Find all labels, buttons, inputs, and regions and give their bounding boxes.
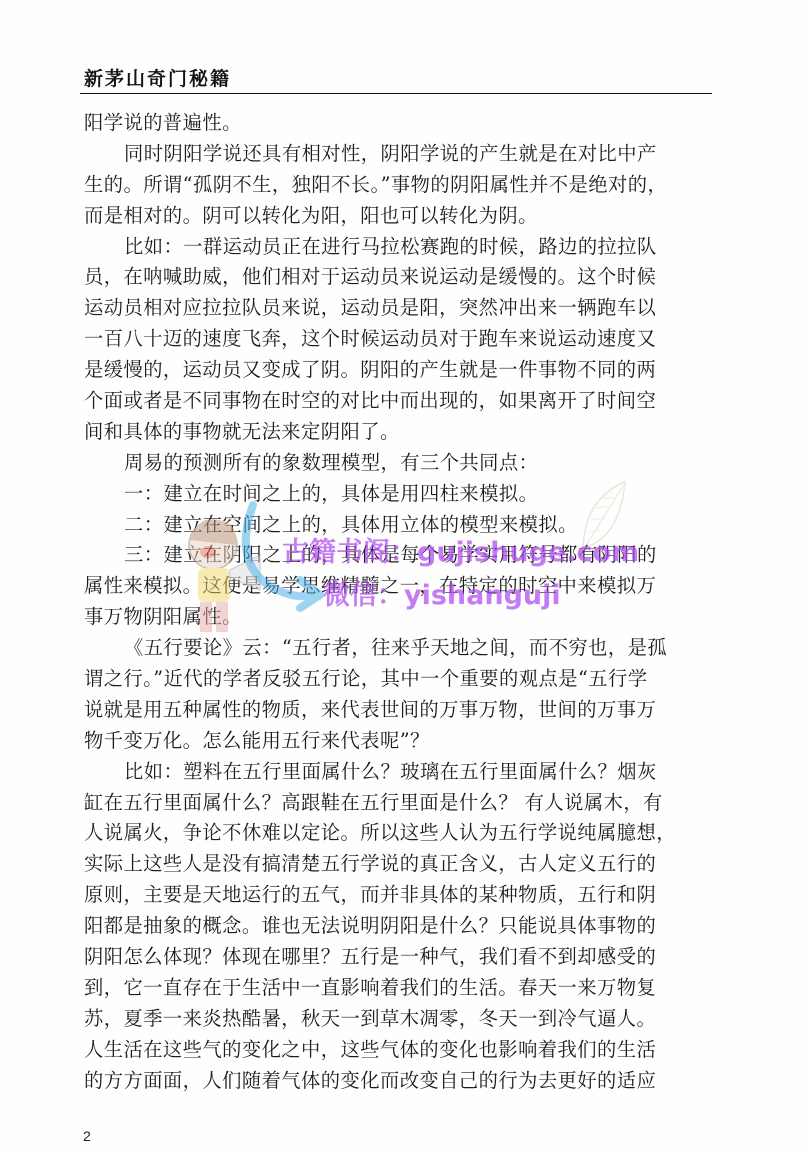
text-line: 的方方面面，人们随着气体的变化而改变自己的行为去更好的适应 bbox=[84, 1066, 716, 1097]
text-line: 《五行要论》云：“五行者，往来乎天地之间，而不穷也，是孤 bbox=[84, 633, 716, 664]
text-line: 物千变万化。怎么能用五行来代表呢”？ bbox=[84, 726, 716, 757]
text-line: 比如：一群运动员正在进行马拉松赛跑的时候，路边的拉拉队 bbox=[84, 232, 716, 263]
text-line: 到，它一直存在于生活中一直影响着我们的生活。春天一来万物复 bbox=[84, 973, 716, 1004]
text-line: 属性来模拟。这便是易学思维精髓之一，在特定的时空中来模拟万 bbox=[84, 571, 716, 602]
text-line: 说就是用五种属性的物质，来代表世间的万事万物，世间的万事万 bbox=[84, 695, 716, 726]
text-line: 一：建立在时间之上的，具体是用四柱来模拟。 bbox=[84, 479, 716, 510]
text-line: 谓之行。”近代的学者反驳五行论，其中一个重要的观点是“五行学 bbox=[84, 664, 716, 695]
text-line: 而是相对的。阴可以转化为阳，阳也可以转化为阴。 bbox=[84, 201, 716, 232]
book-page: 新茅山奇门秘籍 阳学说的普遍性。 同时阴阳学说还具有相对性，阴阳学说的产生就是在… bbox=[0, 0, 809, 1155]
text-line: 二：建立在空间之上的，具体用立体的模型来模拟。 bbox=[84, 510, 716, 541]
text-line: 缸在五行里面属什么？高跟鞋在五行里面是什么？ 有人说属木，有 bbox=[84, 788, 716, 819]
header-rule-divider bbox=[80, 93, 712, 94]
text-line: 阳学说的普遍性。 bbox=[84, 108, 716, 139]
text-line: 间和具体的事物就无法来定阴阳了。 bbox=[84, 417, 716, 448]
text-line: 比如：塑料在五行里面属什么？玻璃在五行里面属什么？烟灰 bbox=[84, 757, 716, 788]
text-line: 阴阳怎么体现？体现在哪里？五行是一种气，我们看不到却感受的 bbox=[84, 942, 716, 973]
page-number: 2 bbox=[83, 1128, 91, 1144]
text-line: 生的。所谓“孤阴不生，独阳不长。”事物的阴阳属性并不是绝对的， bbox=[84, 170, 716, 201]
text-line: 阳都是抽象的概念。谁也无法说明阴阳是什么？只能说具体事物的 bbox=[84, 911, 716, 942]
text-line: 员，在呐喊助威，他们相对于运动员来说运动是缓慢的。这个时候 bbox=[84, 262, 716, 293]
text-line: 周易的预测所有的象数理模型，有三个共同点： bbox=[84, 448, 716, 479]
text-line: 三：建立在阴阳之上的，具体是每个易学实用符号都有阴阳的 bbox=[84, 540, 716, 571]
text-line: 运动员相对应拉拉队员来说，运动员是阳，突然冲出来一辆跑车以 bbox=[84, 293, 716, 324]
text-line: 是缓慢的，运动员又变成了阴。阴阳的产生就是一件事物不同的两 bbox=[84, 355, 716, 386]
text-line: 事万物阴阳属性。 bbox=[84, 602, 716, 633]
text-line: 个面或者是不同事物在时空的对比中而出现的，如果离开了时间空 bbox=[84, 386, 716, 417]
running-head-title: 新茅山奇门秘籍 bbox=[84, 64, 231, 91]
text-line: 同时阴阳学说还具有相对性，阴阳学说的产生就是在对比中产 bbox=[84, 139, 716, 170]
text-line: 人说属火，争论不休难以定论。所以这些人认为五行学说纯属臆想， bbox=[84, 818, 716, 849]
text-line: 实际上这些人是没有搞清楚五行学说的真正含义，古人定义五行的 bbox=[84, 849, 716, 880]
text-line: 一百八十迈的速度飞奔，这个时候运动员对于跑车来说运动速度又 bbox=[84, 324, 716, 355]
text-line: 人生活在这些气的变化之中，这些气体的变化也影响着我们的生活 bbox=[84, 1035, 716, 1066]
body-text: 阳学说的普遍性。 同时阴阳学说还具有相对性，阴阳学说的产生就是在对比中产 生的。… bbox=[84, 108, 716, 1097]
text-line: 苏，夏季一来炎热酷暑，秋天一到草木凋零，冬天一到冷气逼人。 bbox=[84, 1004, 716, 1035]
text-line: 原则，主要是天地运行的五气，而并非具体的某种物质，五行和阴 bbox=[84, 880, 716, 911]
